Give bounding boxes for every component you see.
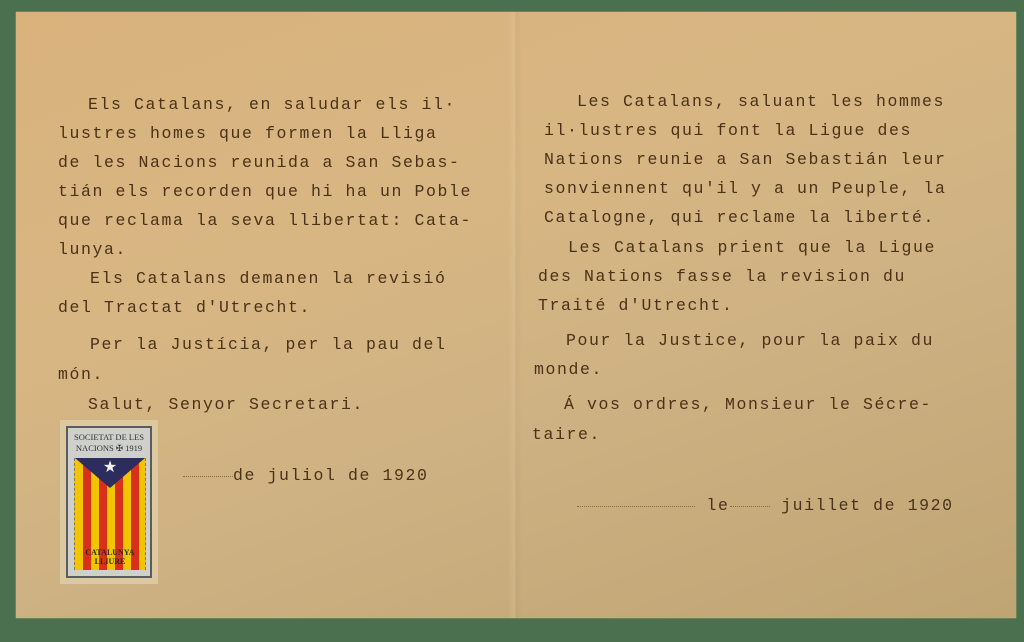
center-fold	[508, 12, 522, 618]
date-blank	[730, 505, 770, 507]
text-line: Els Catalans demanen la revisió	[90, 264, 447, 293]
star-icon: ★	[100, 458, 120, 476]
stamp-header-line1: SOCIETAT DE LES	[71, 432, 147, 443]
date-text: juillet de 1920	[781, 496, 954, 515]
text-line: des Nations fasse la revision du	[538, 262, 906, 291]
text-line: lustres homes que formen la Lliga	[58, 119, 438, 148]
date-le: le	[707, 496, 730, 515]
text-line: taire.	[532, 420, 601, 449]
date-blank	[577, 505, 695, 507]
text-line: Catalogne, qui reclame la liberté.	[544, 203, 935, 232]
stamp-footer: CATALUNYA LLIURE	[75, 548, 145, 566]
text-line: sonviennent qu'il y a un Peuple, la	[544, 174, 947, 203]
left-date-line: de juliol de 1920	[160, 432, 429, 490]
text-line: món.	[58, 360, 104, 389]
text-line: il·lustres qui font la Ligue des	[544, 116, 912, 145]
text-line: Traité d'Utrecht.	[538, 291, 734, 320]
text-line: Les Catalans, saluant les hommes	[577, 87, 945, 116]
text-line: que reclama la seva llibertat: Cata-	[58, 206, 472, 235]
estelada-flag: ★ CATALUNYA LLIURE	[74, 458, 146, 570]
stamp-header: SOCIETAT DE LES NACIONS ✠ 1919	[71, 431, 147, 454]
text-line: tián els recorden que hi ha un Poble	[58, 177, 472, 206]
text-line: lunya.	[58, 235, 127, 264]
text-line: monde.	[534, 355, 603, 384]
text-line: Pour la Justice, pour la paix du	[566, 326, 934, 355]
text-line: Nations reunie a San Sebastián leur	[544, 145, 947, 174]
text-line: del Tractat d'Utrecht.	[58, 293, 311, 322]
right-date-line: le juillet de 1920	[554, 462, 954, 520]
date-text: de juliol de 1920	[233, 466, 429, 485]
text-line: Els Catalans, en saludar els il·	[88, 90, 456, 119]
text-line: Per la Justícia, per la pau del	[90, 330, 447, 359]
text-line: Salut, Senyor Secretari.	[88, 390, 364, 419]
text-line: de les Nacions reunida a San Sebas-	[58, 148, 461, 177]
text-line: Les Catalans prient que la Ligue	[568, 233, 936, 262]
date-blank	[183, 475, 233, 477]
stamp-header-line2: NACIONS ✠ 1919	[71, 443, 147, 454]
catalan-stamp: SOCIETAT DE LES NACIONS ✠ 1919 ★ CATALUN…	[66, 426, 152, 578]
text-line: Á vos ordres, Monsieur le Sécre-	[564, 390, 932, 419]
